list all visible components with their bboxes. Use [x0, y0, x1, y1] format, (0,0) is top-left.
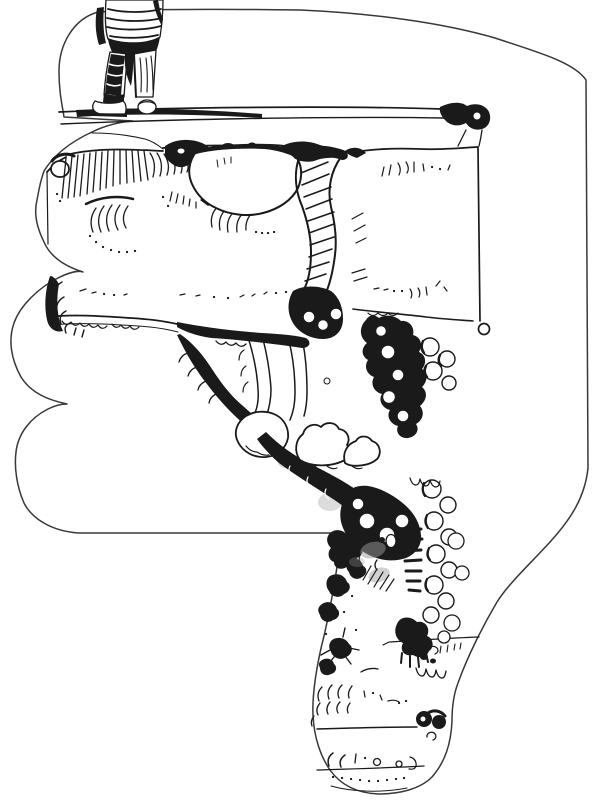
band-tick — [355, 754, 356, 763]
right-slab-top-dark — [345, 148, 366, 158]
thumb-band-line-1 — [317, 727, 417, 729]
clamp-hole — [473, 112, 481, 120]
small-curl — [427, 732, 436, 740]
ink-spot — [379, 537, 385, 543]
foot-knuckle — [318, 320, 329, 331]
c-arc-rows — [311, 685, 352, 726]
hand-outline — [11, 9, 588, 794]
left-slab — [45, 140, 348, 348]
fly-mark — [420, 654, 428, 660]
cloud-puff-chain — [423, 480, 457, 623]
sunglasses-blob — [416, 711, 446, 740]
merged-knuckle — [395, 514, 409, 528]
tube-scallops — [239, 350, 248, 392]
melted-blob — [189, 146, 301, 215]
left-boot — [93, 101, 126, 114]
moss-clump — [318, 602, 339, 622]
root-tangle — [177, 316, 457, 623]
hand-silhouette-path — [11, 9, 588, 794]
column-knuckle — [381, 345, 395, 359]
column-knuckle — [392, 369, 404, 381]
cloud-puff — [448, 533, 464, 549]
column-knuckle — [383, 391, 396, 404]
white-oval — [386, 535, 396, 548]
cloud-puff — [442, 376, 456, 390]
moss-clump — [326, 574, 349, 597]
standing-figure — [92, 0, 163, 117]
cloud-puffs-upper — [421, 338, 456, 390]
moss-clump — [319, 659, 336, 676]
melt-dots — [256, 232, 274, 233]
arc-row-ticks — [364, 691, 399, 702]
pencil-smudge — [349, 557, 365, 567]
bowl-arcs — [91, 205, 128, 232]
thumbs-down-drawing: Thumbs-down ink illustration — [0, 0, 600, 806]
band-circle — [374, 759, 381, 766]
mid-dash-row — [80, 289, 267, 297]
bowl-dot-trail — [90, 236, 135, 252]
overhang-line — [86, 197, 133, 204]
thumb-dot-row — [333, 777, 404, 781]
merged-knuckle — [359, 513, 375, 529]
corner-ball — [479, 324, 490, 335]
arc-row-dots — [373, 693, 406, 703]
illustration-page: Thumbs-down ink illustration — [0, 0, 600, 806]
cloud-puff — [441, 562, 457, 578]
slab-left-edge — [47, 172, 48, 244]
cloud-puff — [423, 607, 439, 623]
puff-chain-shading — [423, 483, 430, 591]
blotch-hole — [177, 148, 185, 154]
right-slab-top-dots — [432, 167, 440, 169]
fly-mark — [430, 659, 436, 664]
hatch-ticks — [170, 192, 196, 208]
disc-hole — [420, 716, 426, 722]
root-eyelet — [324, 378, 330, 384]
root-tube-2 — [289, 341, 307, 420]
right-slab-top — [349, 147, 477, 153]
right-slab-edge — [478, 147, 480, 321]
drip-cluster — [395, 618, 432, 658]
foot-knuckle — [330, 308, 342, 320]
thumb-tip-arc — [331, 786, 407, 791]
cloud-puff — [438, 593, 454, 609]
foot-knuckle — [303, 311, 315, 323]
knuckle-blob — [344, 437, 380, 466]
dark-disc — [432, 715, 446, 729]
knuckle-mitten — [296, 423, 350, 465]
right-slab-bottom-ticks — [374, 281, 447, 298]
knuckle-wedge-line — [92, 133, 163, 149]
scallop-run-thumb — [416, 668, 446, 678]
right-slab — [345, 147, 490, 335]
right-slab-side-marks — [352, 213, 367, 281]
merged-knuckle — [352, 498, 364, 510]
root-tube-1 — [248, 337, 271, 417]
cloud-puff — [438, 631, 450, 643]
column-knuckle — [397, 410, 409, 422]
band-curl — [409, 757, 416, 769]
mid-dots — [104, 292, 286, 298]
band-c-arcs — [328, 753, 345, 767]
thumb-band-line-2 — [317, 766, 424, 770]
band-circle — [396, 761, 402, 767]
clamp-ticks — [458, 130, 482, 146]
wrist-ticks — [440, 643, 461, 653]
cloud-puff — [440, 497, 456, 513]
wavy-dash — [361, 668, 378, 672]
white-egg — [51, 161, 69, 177]
cloud-puff — [455, 566, 469, 580]
figure-crotch — [125, 54, 134, 86]
slab-bottom-inner — [52, 324, 178, 332]
plank-clamp — [440, 103, 490, 130]
cloud-puff — [444, 615, 460, 631]
figure-left-sleeve — [96, 7, 106, 45]
column-knuckle — [376, 326, 387, 337]
slab-bottom-edge — [49, 315, 177, 324]
